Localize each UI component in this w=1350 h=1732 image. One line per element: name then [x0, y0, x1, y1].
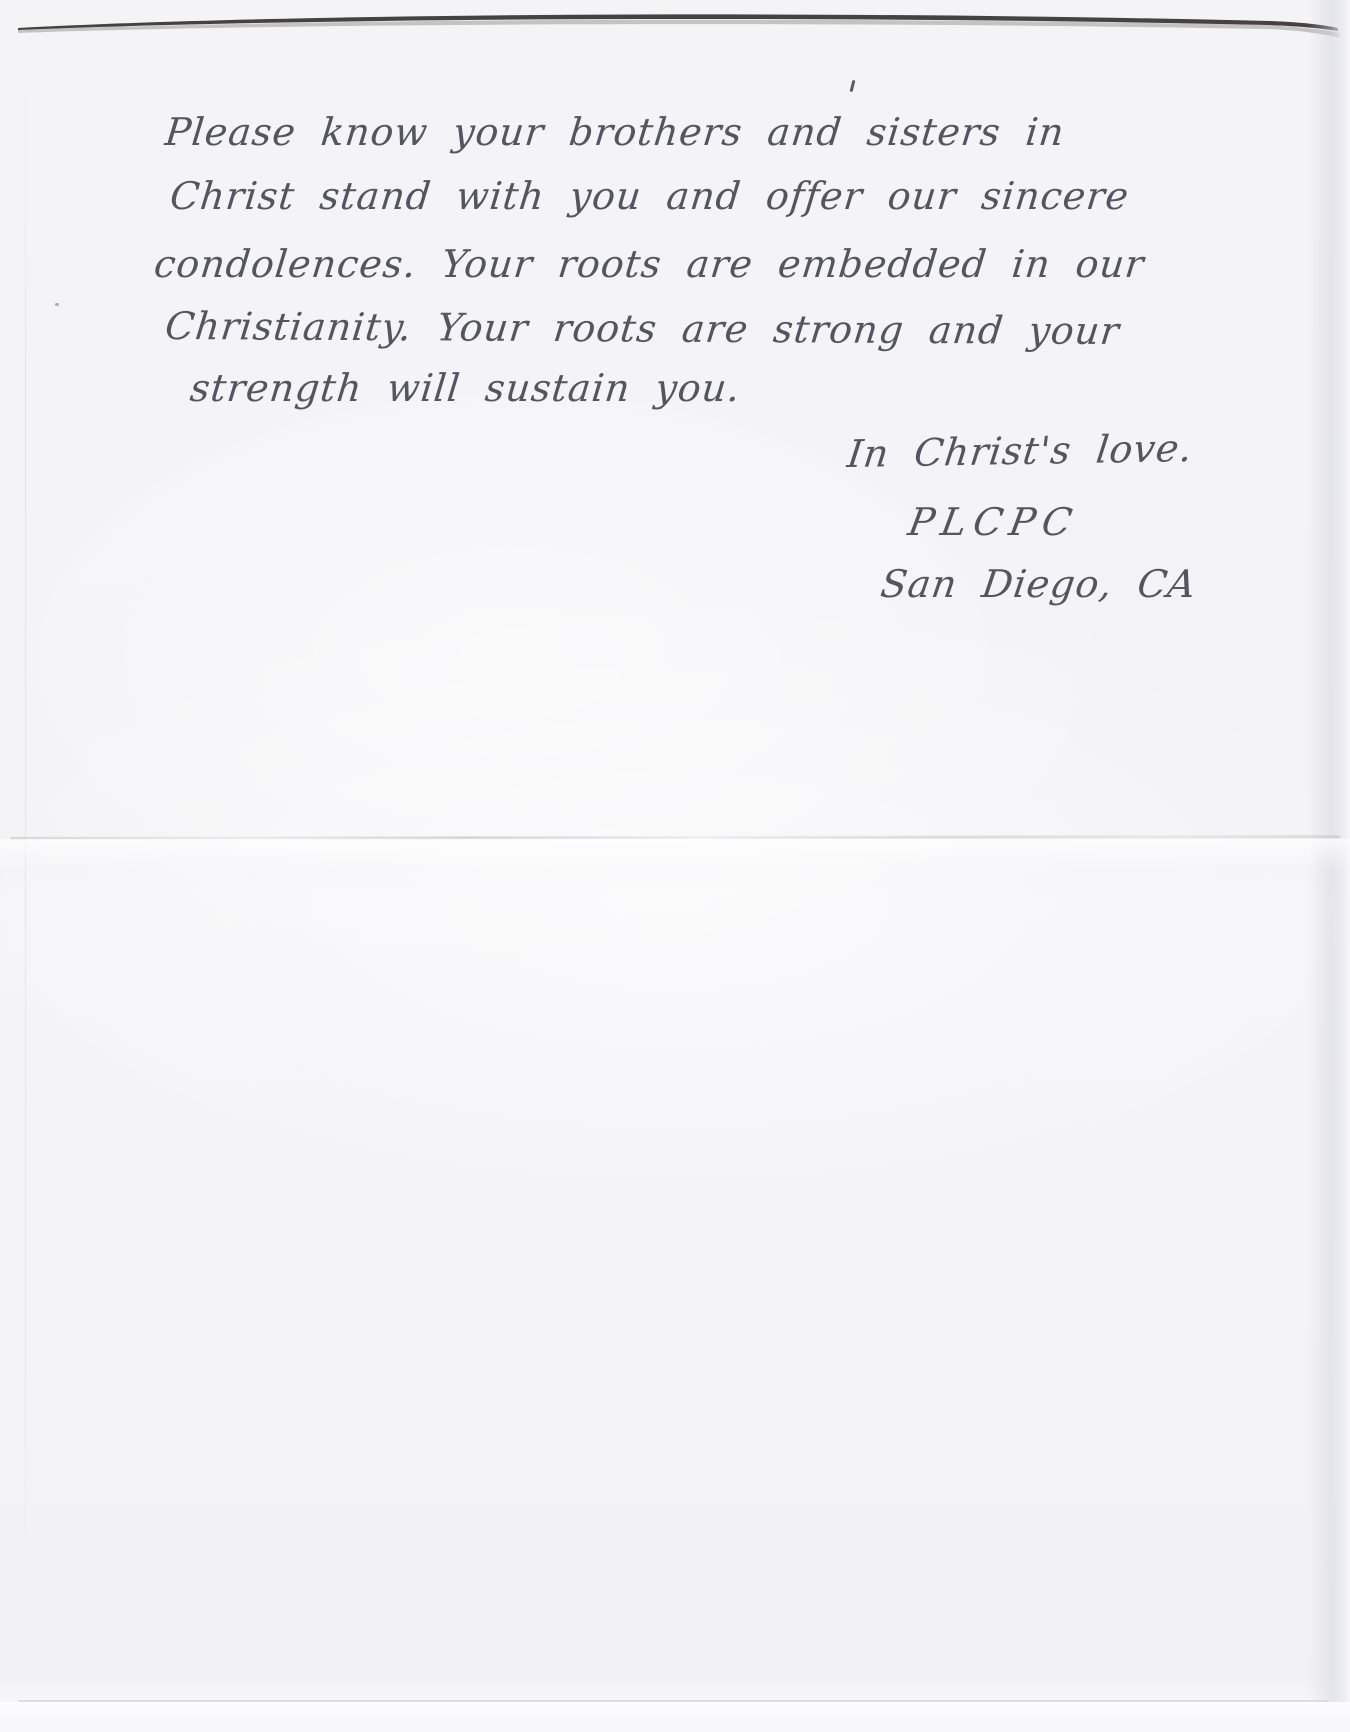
paper-edge-top-shadow [0, 0, 1350, 60]
handwriting-line-1: Please know your brothers and sisters in [163, 110, 1067, 154]
handwriting-line-4: Christianity. Your roots are strong and … [163, 304, 1122, 353]
handwriting-line-5: strength will sustain you. [188, 366, 743, 410]
fold-crease [0, 830, 1350, 876]
handwriting-line-3: condolences. Your roots are embedded in … [152, 242, 1147, 286]
signature-signer: PLCPC [905, 500, 1082, 544]
scanned-letter-page: Please know your brothers and sisters in… [0, 0, 1350, 1732]
signature-location: San Diego, CA [878, 562, 1199, 606]
signature-closing: In Christ's love. [845, 426, 1196, 476]
scanner-background-bottom [0, 1702, 1350, 1732]
stray-ink-speck [55, 303, 59, 306]
fold-crease-highlight [0, 839, 1350, 869]
handwriting-line-2: Christ stand with you and offer our sinc… [168, 174, 1131, 218]
